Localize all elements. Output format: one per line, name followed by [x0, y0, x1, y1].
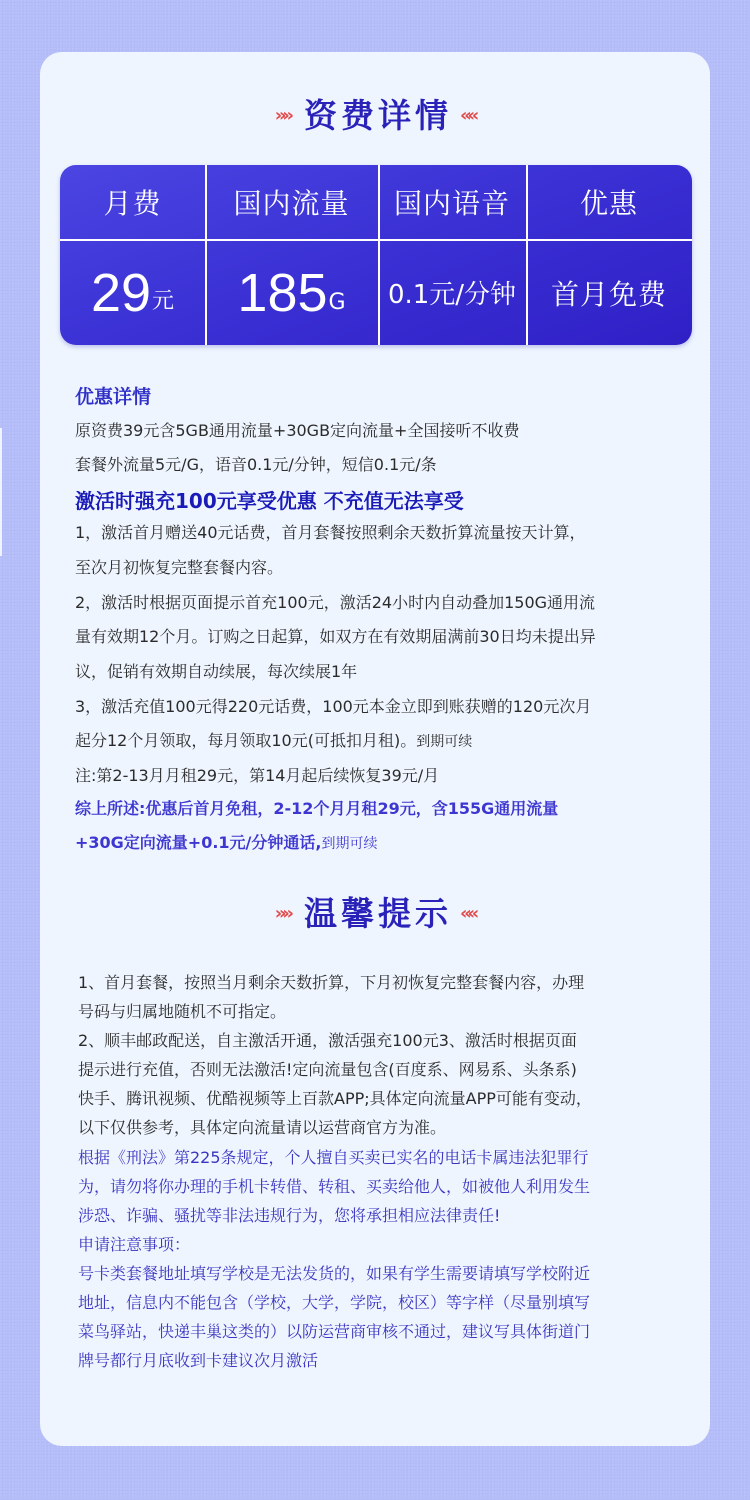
application-notes-heading: 申请注意事项：	[78, 1232, 190, 1255]
fee-table-value-row: 29元 185G 0.1元/分钟 首月免费	[60, 240, 692, 345]
details-line: 原资费39元含5GB通用流量+30GB定向流量+全国接听不收费	[75, 418, 519, 441]
details-summary: 综上所述:优惠后首月免租，2-12个月月租29元，含155G通用流量	[75, 796, 558, 819]
table-col-divider	[205, 165, 207, 345]
details-line: 套餐外流量5元/G，语音0.1元/分钟，短信0.1元/条	[75, 452, 437, 475]
table-col-divider	[526, 165, 528, 345]
summary-text: +30G定向流量+0.1元/分钟通话,	[75, 833, 321, 852]
details-item: 3，激活充值100元得220元话费，100元本金立即到账获赠的120元次月	[75, 694, 591, 717]
tips-line: 1、首月套餐，按照当月剩余天数折算，下月初恢复完整套餐内容，办理	[78, 970, 584, 993]
tips-line: 以下仅供参考，具体定向流量请以运营商官方为准。	[78, 1115, 446, 1138]
header-domestic-voice: 国内语音	[378, 165, 526, 239]
fee-title-text: 资费详情	[304, 96, 452, 135]
content-card: »»资费详情«« 月费 国内流量 国内语音 优惠 29元 185G 0.1元/分…	[40, 52, 710, 1446]
details-item-suffix: 到期可续	[416, 734, 472, 750]
details-item-text: 起分12个月领取，每月领取10元(可抵扣月租)。	[75, 731, 416, 750]
fee-table-header-row: 月费 国内流量 国内语音 优惠	[60, 165, 692, 239]
details-summary: +30G定向流量+0.1元/分钟通话,到期可续	[75, 830, 377, 853]
details-note: 注:第2-13月月租29元，第14月起后续恢复39元/月	[75, 763, 439, 786]
legal-line: 为，请勿将你办理的手机卡转借、转租、买卖给他人，如被他人利用发生	[78, 1174, 590, 1197]
table-col-divider	[378, 165, 380, 345]
chevron-left-deco-icon: ««	[460, 105, 475, 126]
tips-line: 号码与归属地随机不可指定。	[78, 999, 286, 1022]
chevron-right-deco-icon: »»	[275, 903, 290, 924]
tips-line: 快手、腾讯视频、优酷视频等上百款APP;具体定向流量APP可能有变动，	[78, 1086, 592, 1109]
details-heading: 优惠详情	[75, 382, 151, 409]
legal-line: 根据《刑法》第225条规定，个人擅自买卖已实名的电话卡属违法犯罪行	[78, 1145, 589, 1168]
details-item: 2，激活时根据页面提示首充100元，激活24小时内自动叠加150G通用流	[75, 590, 595, 613]
chevron-left-deco-icon: ««	[460, 903, 475, 924]
tips-title-text: 温馨提示	[304, 894, 452, 933]
legal-line: 牌号都行月底收到卡建议次月激活	[78, 1348, 318, 1371]
monthly-fee-amount: 29	[91, 266, 151, 320]
legal-line: 地址，信息内不能包含（学校，大学，学院，校区）等字样（尽量别填写	[78, 1290, 590, 1313]
legal-line: 菜鸟驿站，快递丰巢这类的）以防运营商审核不通过，建议写具体街道门	[78, 1319, 590, 1342]
chevron-right-deco-icon: »»	[275, 105, 290, 126]
value-monthly-fee: 29元	[60, 240, 205, 345]
details-item: 1，激活首月赠送40元话费，首月套餐按照剩余天数折算流量按天计算，	[75, 520, 586, 543]
fee-table: 月费 国内流量 国内语音 优惠 29元 185G 0.1元/分钟 首月免费	[60, 165, 692, 345]
data-amount: 185	[237, 266, 327, 320]
summary-suffix: 到期可续	[321, 836, 377, 852]
header-domestic-data: 国内流量	[205, 165, 378, 239]
tips-line: 2、顺丰邮政配送，自主激活开通，激活强充100元3、激活时根据页面	[78, 1028, 577, 1051]
data-unit: G	[329, 290, 346, 315]
legal-line: 号卡类套餐地址填写学校是无法发货的，如果有学生需要请填写学校附近	[78, 1261, 590, 1284]
details-item: 起分12个月领取，每月领取10元(可抵扣月租)。到期可续	[75, 728, 472, 751]
value-promo: 首月免费	[526, 240, 692, 345]
legal-line: 涉恐、诈骗、骚扰等非法违规行为，您将承担相应法律责任!	[78, 1203, 500, 1226]
value-domestic-data: 185G	[205, 240, 378, 345]
fee-section-title: »»资费详情««	[40, 90, 710, 137]
value-domestic-voice: 0.1元/分钟	[378, 240, 526, 345]
tips-section-title: »»温馨提示««	[40, 888, 710, 935]
header-promo: 优惠	[526, 165, 692, 239]
details-highlight: 激活时强充100元享受优惠 不充值无法享受	[75, 485, 464, 514]
details-item: 议，促销有效期自动续展，每次续展1年	[75, 659, 357, 682]
tips-line: 提示进行充值，否则无法激活!定向流量包含(百度系、网易系、头条系)	[78, 1057, 577, 1080]
edge-divider	[0, 428, 2, 556]
details-item: 至次月初恢复完整套餐内容。	[75, 555, 283, 578]
header-monthly-fee: 月费	[60, 165, 205, 239]
monthly-fee-unit: 元	[152, 284, 174, 315]
details-item: 量有效期12个月。订购之日起算，如双方在有效期届满前30日均未提出异	[75, 624, 596, 647]
